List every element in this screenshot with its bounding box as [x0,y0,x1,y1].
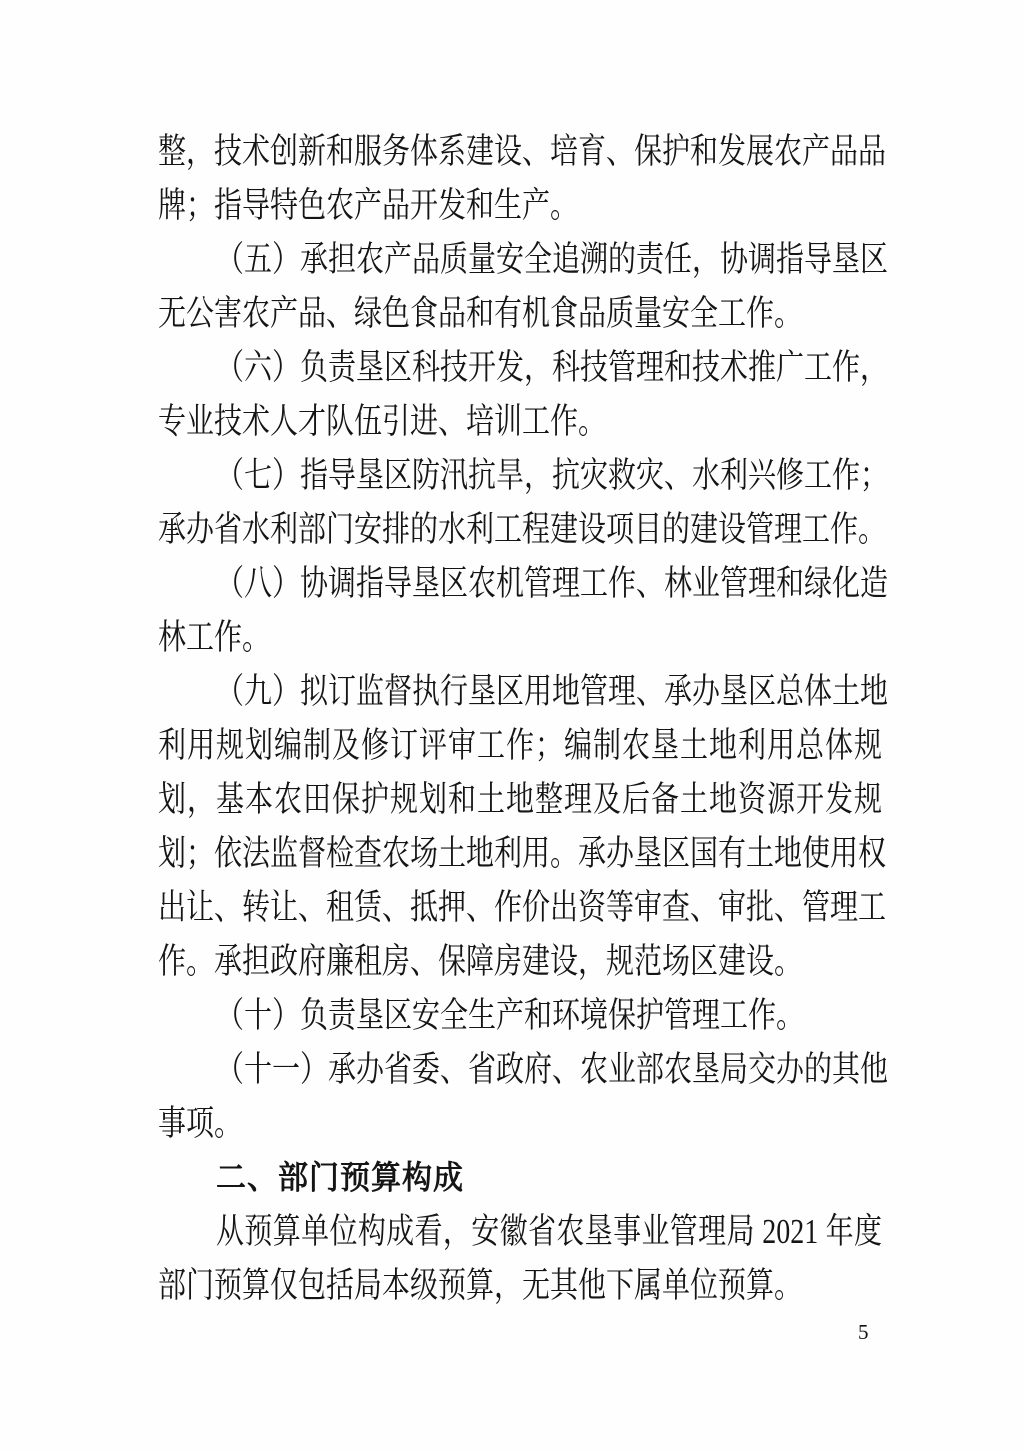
page-number: 5 [858,1318,869,1346]
text-line: 事项。 [158,1091,882,1159]
text-line: 部门预算仅包括局本级预算，无其他下属单位预算。 [158,1253,882,1321]
document-page: 整，技术创新和服务体系建设、培育、保护和发展农产品品牌；指导特色农产品开发和生产… [0,0,1024,1451]
document-text-block: 整，技术创新和服务体系建设、培育、保护和发展农产品品牌；指导特色农产品开发和生产… [158,126,882,1314]
